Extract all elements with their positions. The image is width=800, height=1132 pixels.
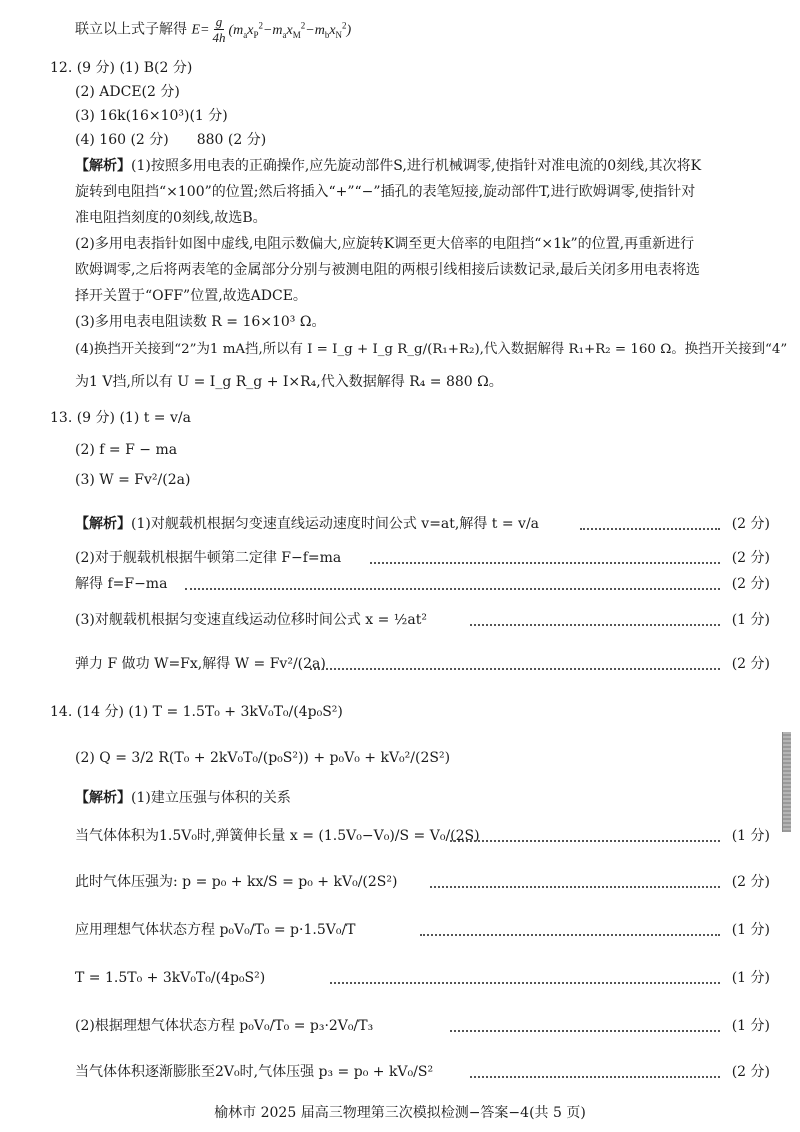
top-line-text: 联立以上式子解得 <box>75 22 187 38</box>
q14-step-1: 当气体体积为1.5V₀时,弹簧伸长量 x = (1.5V₀−V₀)/S = V₀… <box>75 826 480 846</box>
q12-analysis-line-4: (2)多用电表指针如图中虚线,电阻示数偏大,应旋转K调至更大倍率的电阻挡“×1k… <box>75 234 694 254</box>
leader-dots <box>330 982 720 984</box>
q14-step-6: 当气体体积逐渐膨胀至2V₀时,气体压强 p₃ = p₀ + kV₀/S² <box>75 1062 433 1082</box>
q12-analysis-line-3: 准电阻挡刻度的0刻线,故选B。 <box>75 208 267 228</box>
scan-edge-mark <box>782 732 791 832</box>
q13-step-3-points: (2 分) <box>732 574 770 594</box>
q12-header: 12. (9 分) (1) B(2 分) <box>50 58 192 78</box>
answer-key-page: 联立以上式子解得 E=g4h(maxP2−maxM2−mbxN2) 12. (9… <box>0 0 800 1132</box>
q14-step-2: 此时气体压强为: p = p₀ + kx/S = p₀ + kV₀/(2S²) <box>75 872 397 892</box>
q12-analysis-line-9: 为1 V挡,所以有 U = I_g R_g + I×R₄,代入数据解得 R₄ =… <box>75 372 503 392</box>
leader-dots <box>470 1076 720 1078</box>
q12-number: 12. <box>50 60 72 76</box>
q12-analysis-line-7: (3)多用电表电阻读数 R = 16×10³ Ω。 <box>75 312 325 332</box>
q12-analysis-line-8: (4)换挡开关接到“2”为1 mA挡,所以有 I = I_g + I_g R_g… <box>75 340 787 360</box>
q12-analysis-line-5: 欧姆调零,之后将两表笔的金属部分分别与被测电阻的两根引线相接后读数记录,最后关闭… <box>75 260 700 280</box>
q13-step-3: 解得 f=F−ma <box>75 574 167 594</box>
leader-dots <box>185 588 720 590</box>
q13-answer-2: (2) f = F − ma <box>75 440 177 460</box>
leader-dots <box>370 562 720 564</box>
q13-header: 13. (9 分) (1) t = v/a <box>50 408 191 428</box>
q12-analysis-line-6: 择开关置于“OFF”位置,故选ADCE。 <box>75 286 307 306</box>
q12-answer-2: (2) ADCE(2 分) <box>75 82 180 102</box>
q13-step-2: (2)对于舰载机根据牛顿第二定律 F−f=ma <box>75 548 341 568</box>
q14-step-1-points: (1 分) <box>732 826 770 846</box>
q14-step-3: 应用理想气体状态方程 p₀V₀/T₀ = p·1.5V₀/T <box>75 920 356 940</box>
leader-dots <box>580 528 720 530</box>
q13-step-2-points: (2 分) <box>732 548 770 568</box>
q13-step-5: 弹力 F 做功 W=Fx,解得 W = Fv²/(2a) <box>75 654 326 674</box>
q12-answer-4: (4) 160 (2 分) 880 (2 分) <box>75 130 266 150</box>
q13-step-4-points: (1 分) <box>732 610 770 630</box>
q14-step-2-points: (2 分) <box>732 872 770 892</box>
q12-score: (9 分) <box>77 60 115 76</box>
q14-header: 14. (14 分) (1) T = 1.5T₀ + 3kV₀T₀/(4p₀S²… <box>50 702 343 722</box>
page-footer: 榆林市 2025 届高三物理第三次模拟检测−答案−4(共 5 页) <box>0 1102 800 1122</box>
q13-number: 13. <box>50 410 72 426</box>
leader-dots <box>420 934 720 936</box>
q14-number: 14. <box>50 704 72 720</box>
q14-step-5: (2)根据理想气体状态方程 p₀V₀/T₀ = p₃·2V₀/T₃ <box>75 1016 373 1036</box>
q14-analysis-intro: 【解析】(1)建立压强与体积的关系 <box>75 788 291 808</box>
q14-step-4-points: (1 分) <box>732 968 770 988</box>
q13-answer-1: (1) t = v/a <box>119 410 191 426</box>
q13-step-1-points: (2 分) <box>732 514 770 534</box>
q12-analysis-line-2: 旋转到电阻挡“×100”的位置;然后将插入“+”“−”插孔的表笔短接,旋动部件T… <box>75 182 695 202</box>
q12-answer-3: (3) 16k(16×10³)(1 分) <box>75 106 228 126</box>
q13-score: (9 分) <box>77 410 115 426</box>
leader-dots <box>470 624 720 626</box>
q13-step-5-points: (2 分) <box>732 654 770 674</box>
q14-step-4: T = 1.5T₀ + 3kV₀T₀/(4p₀S²) <box>75 968 265 988</box>
leader-dots <box>450 840 720 842</box>
q12-answer-1: (1) B(2 分) <box>119 60 192 76</box>
q13-step-1: 【解析】(1)对舰载机根据匀变速直线运动速度时间公式 v=at,解得 t = v… <box>75 514 539 534</box>
q12-analysis-line-1: 【解析】(1)按照多用电表的正确操作,应先旋动部件S,进行机械调零,使指针对准电… <box>75 156 701 176</box>
q14-answer-2: (2) Q = 3/2 R(T₀ + 2kV₀T₀/(p₀S²)) + p₀V₀… <box>75 748 450 768</box>
q14-step-5-points: (1 分) <box>732 1016 770 1036</box>
leader-dots <box>310 668 720 670</box>
q14-step-3-points: (1 分) <box>732 920 770 940</box>
analysis-label: 【解析】 <box>75 158 131 174</box>
leader-dots <box>430 886 720 888</box>
q13-answer-3: (3) W = Fv²/(2a) <box>75 470 190 490</box>
q14-step-6-points: (2 分) <box>732 1062 770 1082</box>
q14-score: (14 分) <box>77 704 124 720</box>
q13-step-4: (3)对舰载机根据匀变速直线运动位移时间公式 x = ½at² <box>75 610 427 630</box>
leader-dots <box>450 1030 720 1032</box>
q14-answer-1: (1) T = 1.5T₀ + 3kV₀T₀/(4p₀S²) <box>128 704 342 720</box>
top-formula-line: 联立以上式子解得 E=g4h(maxP2−maxM2−mbxN2) <box>75 14 351 45</box>
